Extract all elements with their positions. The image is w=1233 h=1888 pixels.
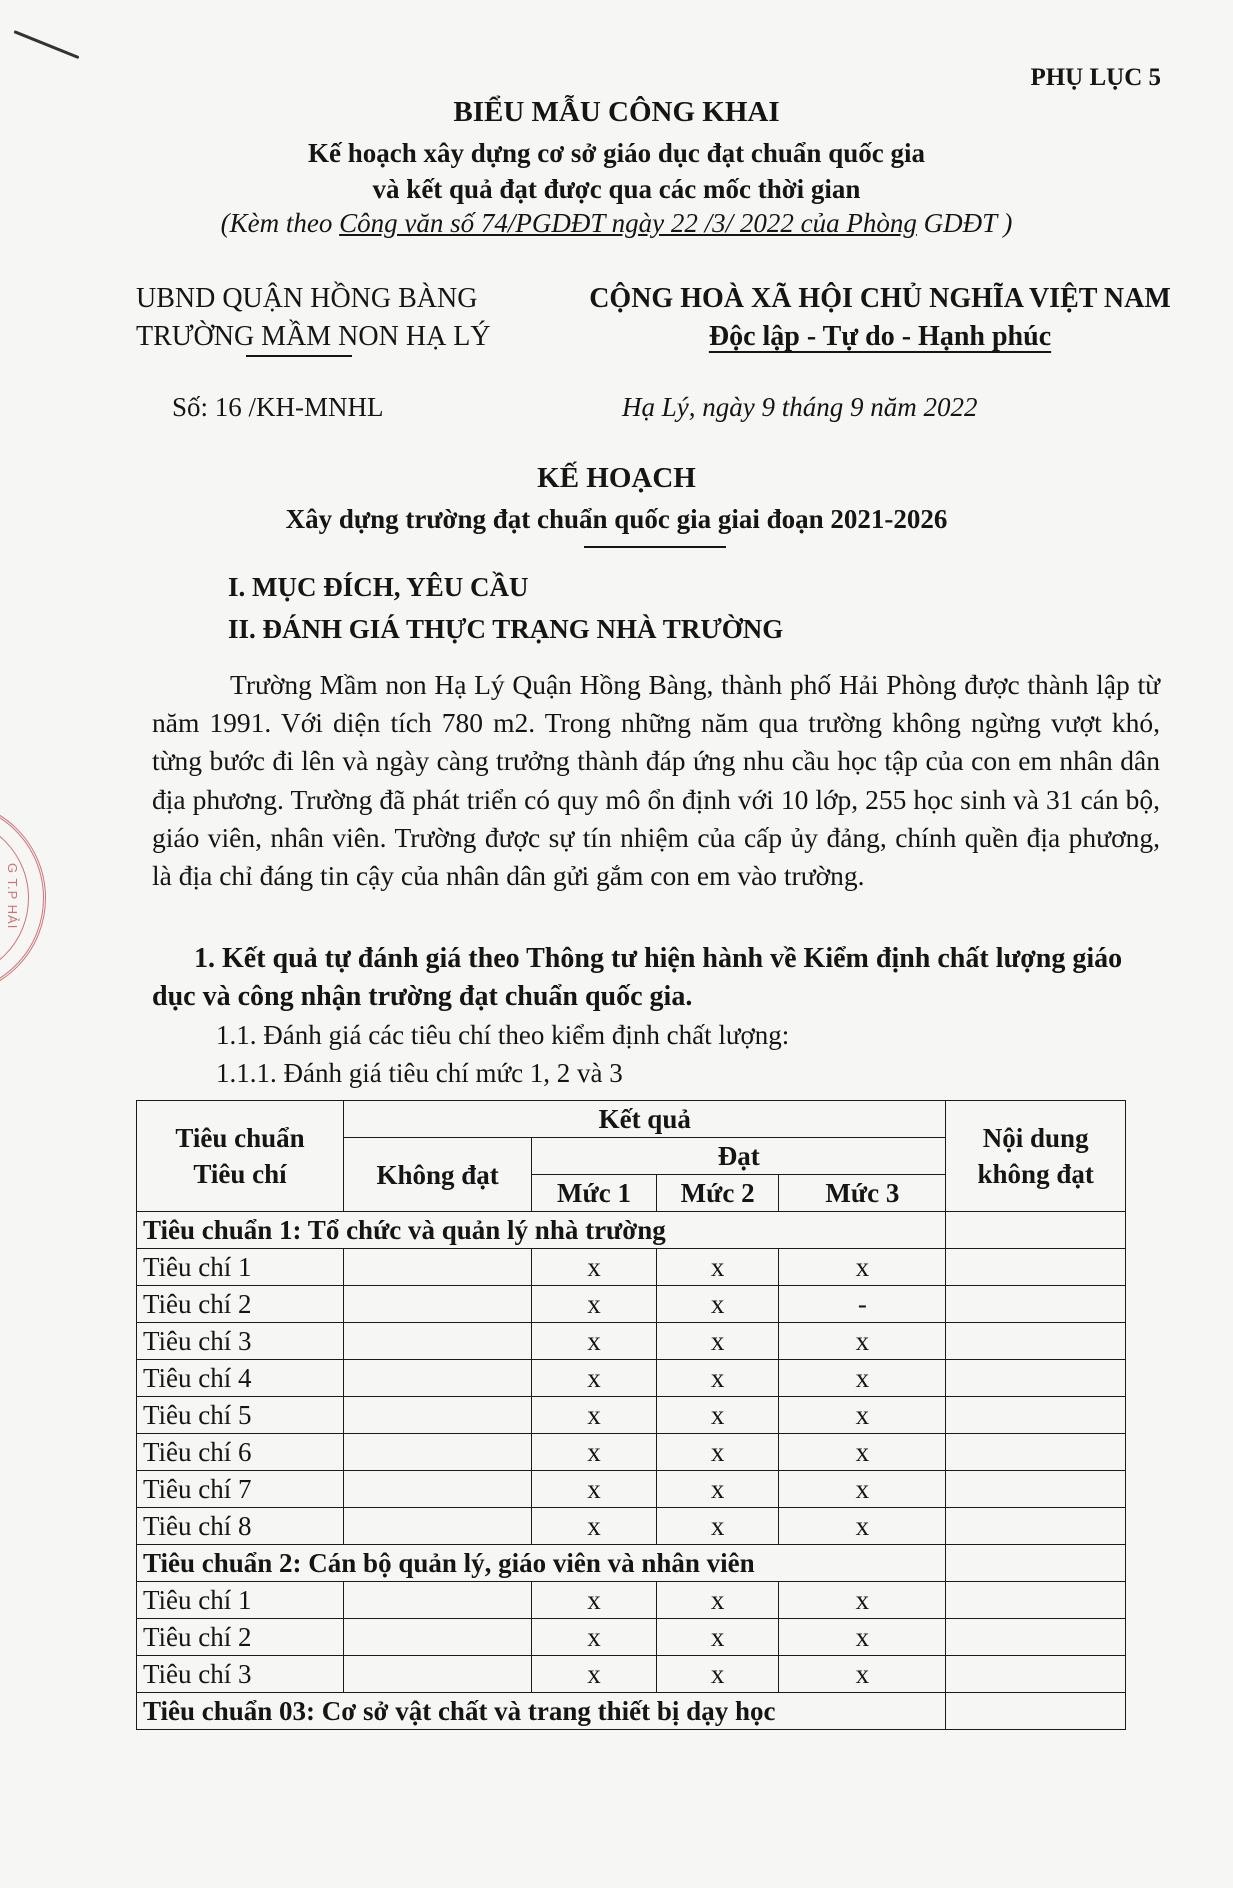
criterion-name: Tiêu chí 3 <box>137 1656 344 1693</box>
level-1-mark: x <box>532 1619 657 1656</box>
criterion-name: Tiêu chí 5 <box>137 1397 344 1434</box>
level-2-mark: x <box>656 1434 779 1471</box>
criterion-row: Tiêu chí 4xxx <box>137 1360 1126 1397</box>
header-result: Kết quả <box>344 1101 946 1138</box>
level-3-mark: x <box>779 1360 946 1397</box>
criterion-name: Tiêu chí 2 <box>137 1619 344 1656</box>
level-1-mark: x <box>532 1323 657 1360</box>
subsection-heading-1-1-1: 1.1.1. Đánh giá tiêu chí mức 1, 2 và 3 <box>216 1058 623 1089</box>
level-1-mark: x <box>532 1249 657 1286</box>
criterion-name: Tiêu chí 1 <box>137 1249 344 1286</box>
unmet-note-cell <box>946 1286 1126 1323</box>
criterion-name: Tiêu chí 1 <box>137 1582 344 1619</box>
level-1-mark: x <box>532 1582 657 1619</box>
attachment-suffix: GDĐT ) <box>917 208 1013 238</box>
standard-title: Tiêu chuẩn 2: Cán bộ quản lý, giáo viên … <box>137 1545 946 1582</box>
unmet-note-cell <box>946 1323 1126 1360</box>
annex-label: PHỤ LỤC 5 <box>1030 64 1161 92</box>
header-criteria: Tiêu chuẩn Tiêu chí <box>137 1101 344 1212</box>
header-level-3: Mức 3 <box>779 1175 946 1212</box>
criterion-row: Tiêu chí 7xxx <box>137 1471 1126 1508</box>
criterion-row: Tiêu chí 2xx- <box>137 1286 1126 1323</box>
header-met: Đạt <box>532 1138 946 1175</box>
level-3-mark: x <box>779 1323 946 1360</box>
not-met-cell <box>344 1397 532 1434</box>
standard-note-cell <box>946 1212 1126 1249</box>
criterion-row: Tiêu chí 8xxx <box>137 1508 1126 1545</box>
criterion-row: Tiêu chí 1xxx <box>137 1249 1126 1286</box>
level-2-mark: x <box>656 1619 779 1656</box>
national-motto: Độc lập - Tự do - Hạnh phúc <box>580 318 1180 356</box>
level-1-mark: x <box>532 1508 657 1545</box>
criterion-name: Tiêu chí 6 <box>137 1434 344 1471</box>
criterion-row: Tiêu chí 1xxx <box>137 1582 1126 1619</box>
criterion-name: Tiêu chí 3 <box>137 1323 344 1360</box>
level-2-mark: x <box>656 1471 779 1508</box>
place-and-date: Hạ Lý, ngày 9 tháng 9 năm 2022 <box>622 392 977 423</box>
not-met-cell <box>344 1508 532 1545</box>
unmet-note-cell <box>946 1619 1126 1656</box>
unmet-note-cell <box>946 1249 1126 1286</box>
level-3-mark: x <box>779 1619 946 1656</box>
header-criteria-line1: Tiêu chuẩn <box>143 1120 337 1156</box>
issuer-district: UBND QUẬN HỒNG BÀNG <box>136 280 516 318</box>
section-heading-2: II. ĐÁNH GIÁ THỰC TRẠNG NHÀ TRƯỜNG <box>228 614 783 645</box>
not-met-cell <box>344 1619 532 1656</box>
unmet-note-cell <box>946 1397 1126 1434</box>
unmet-note-cell <box>946 1508 1126 1545</box>
evaluation-table: Tiêu chuẩn Tiêu chí Kết quả Nội dung khô… <box>136 1100 1126 1730</box>
not-met-cell <box>344 1360 532 1397</box>
school-description-paragraph: Trường Mầm non Hạ Lý Quận Hồng Bàng, thà… <box>152 666 1160 895</box>
level-2-mark: x <box>656 1286 779 1323</box>
document-page: G T.P HẢI PHỤ LỤC 5 BIỂU MẪU CÔNG KHAI K… <box>0 0 1233 1888</box>
plan-subtitle: Xây dựng trường đạt chuẩn quốc gia giai … <box>0 504 1233 535</box>
unmet-note-cell <box>946 1434 1126 1471</box>
criterion-row: Tiêu chí 3xxx <box>137 1323 1126 1360</box>
criterion-name: Tiêu chí 4 <box>137 1360 344 1397</box>
criterion-name: Tiêu chí 8 <box>137 1508 344 1545</box>
level-2-mark: x <box>656 1582 779 1619</box>
national-name: CỘNG HOÀ XÃ HỘI CHỦ NGHĨA VIỆT NAM <box>580 280 1180 318</box>
level-3-mark: - <box>779 1286 946 1323</box>
level-2-mark: x <box>656 1397 779 1434</box>
not-met-cell <box>344 1582 532 1619</box>
red-seal-stamp: G T.P HẢI <box>0 800 46 996</box>
standard-title: Tiêu chuẩn 1: Tổ chức và quản lý nhà trư… <box>137 1212 946 1249</box>
issuer-divider <box>246 355 352 357</box>
level-1-mark: x <box>532 1434 657 1471</box>
header-unmet-content: Nội dung không đạt <box>946 1101 1126 1212</box>
criterion-row: Tiêu chí 2xxx <box>137 1619 1126 1656</box>
level-1-mark: x <box>532 1656 657 1693</box>
standard-note-cell <box>946 1693 1126 1730</box>
issuer-school: TRƯỜNG MẦM NON HẠ LÝ <box>136 318 516 356</box>
subsection-heading-1-1: 1.1. Đánh giá các tiêu chí theo kiểm địn… <box>216 1020 789 1051</box>
standard-group-row: Tiêu chuẩn 1: Tổ chức và quản lý nhà trư… <box>137 1212 1126 1249</box>
level-1-mark: x <box>532 1286 657 1323</box>
level-3-mark: x <box>779 1434 946 1471</box>
unmet-note-cell <box>946 1360 1126 1397</box>
attachment-reference: Công văn số 74/PGDĐT ngày 22 /3/ 2022 củ… <box>339 208 917 238</box>
not-met-cell <box>344 1656 532 1693</box>
not-met-cell <box>344 1434 532 1471</box>
level-3-mark: x <box>779 1397 946 1434</box>
header-unmet-line1: Nội dung <box>952 1120 1119 1156</box>
attachment-prefix: (Kèm theo <box>221 208 339 238</box>
not-met-cell <box>344 1471 532 1508</box>
standard-group-row: Tiêu chuẩn 03: Cơ sở vật chất và trang t… <box>137 1693 1126 1730</box>
pen-mark <box>13 30 79 59</box>
plan-divider <box>584 546 726 548</box>
header-unmet-line2: không đạt <box>952 1156 1119 1192</box>
level-3-mark: x <box>779 1471 946 1508</box>
level-2-mark: x <box>656 1656 779 1693</box>
level-3-mark: x <box>779 1249 946 1286</box>
criterion-row: Tiêu chí 6xxx <box>137 1434 1126 1471</box>
level-2-mark: x <box>656 1249 779 1286</box>
standard-group-row: Tiêu chuẩn 2: Cán bộ quản lý, giáo viên … <box>137 1545 1126 1582</box>
standard-note-cell <box>946 1545 1126 1582</box>
form-attachment-note: (Kèm theo Công văn số 74/PGDĐT ngày 22 /… <box>0 208 1233 239</box>
level-2-mark: x <box>656 1508 779 1545</box>
issuer-block: UBND QUẬN HỒNG BÀNG TRƯỜNG MẦM NON HẠ LÝ <box>136 280 516 356</box>
document-reference-number: Số: 16 /KH-MNHL <box>172 392 384 423</box>
header-level-1: Mức 1 <box>532 1175 657 1212</box>
level-1-mark: x <box>532 1397 657 1434</box>
subsection-heading-1: 1. Kết quả tự đánh giá theo Thông tư hiệ… <box>152 940 1160 1016</box>
level-3-mark: x <box>779 1582 946 1619</box>
standard-title: Tiêu chuẩn 03: Cơ sở vật chất và trang t… <box>137 1693 946 1730</box>
section-heading-1: I. MỤC ĐÍCH, YÊU CẦU <box>228 572 529 603</box>
not-met-cell <box>344 1286 532 1323</box>
level-3-mark: x <box>779 1656 946 1693</box>
level-2-mark: x <box>656 1323 779 1360</box>
unmet-note-cell <box>946 1656 1126 1693</box>
plan-title: KẾ HOẠCH <box>0 462 1233 495</box>
level-1-mark: x <box>532 1360 657 1397</box>
header-not-met: Không đạt <box>344 1138 532 1212</box>
form-subtitle-1: Kế hoạch xây dựng cơ sở giáo dục đạt chu… <box>0 138 1233 169</box>
criterion-name: Tiêu chí 2 <box>137 1286 344 1323</box>
national-header: CỘNG HOÀ XÃ HỘI CHỦ NGHĨA VIỆT NAM Độc l… <box>580 280 1180 356</box>
criterion-row: Tiêu chí 5xxx <box>137 1397 1126 1434</box>
not-met-cell <box>344 1323 532 1360</box>
evaluation-table-body: Tiêu chuẩn 1: Tổ chức và quản lý nhà trư… <box>137 1212 1126 1730</box>
level-1-mark: x <box>532 1471 657 1508</box>
unmet-note-cell <box>946 1471 1126 1508</box>
header-level-2: Mức 2 <box>656 1175 779 1212</box>
criterion-name: Tiêu chí 7 <box>137 1471 344 1508</box>
not-met-cell <box>344 1249 532 1286</box>
seal-text: G T.P HẢI <box>5 863 20 929</box>
level-2-mark: x <box>656 1360 779 1397</box>
unmet-note-cell <box>946 1582 1126 1619</box>
header-criteria-line2: Tiêu chí <box>143 1156 337 1192</box>
criterion-row: Tiêu chí 3xxx <box>137 1656 1126 1693</box>
level-3-mark: x <box>779 1508 946 1545</box>
form-subtitle-2: và kết quả đạt được qua các mốc thời gia… <box>0 174 1233 205</box>
form-title: BIỂU MẪU CÔNG KHAI <box>0 96 1233 129</box>
